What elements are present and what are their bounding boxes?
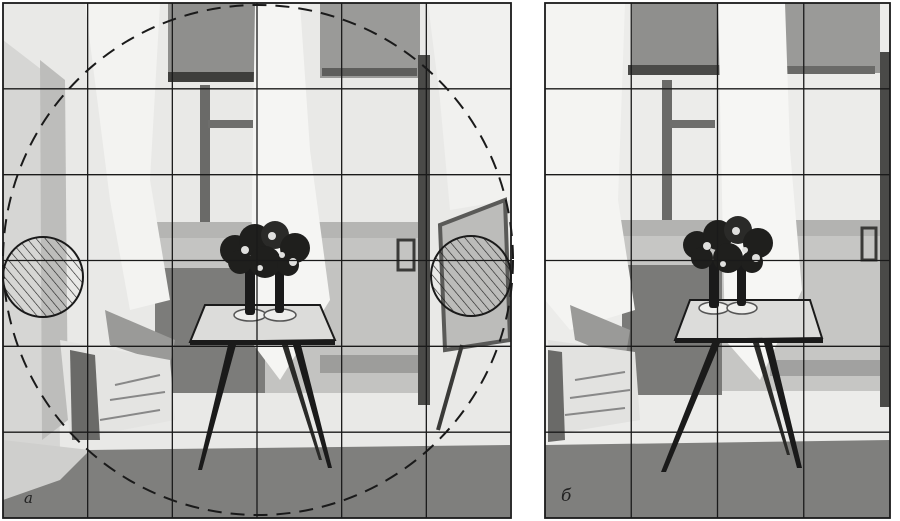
panel-b-label: б: [561, 486, 571, 506]
panel-b-drawing: [540, 0, 900, 521]
panel-b-figure: [540, 0, 900, 521]
left-hatched-circle: [3, 237, 83, 317]
panel-a-drawing: [0, 0, 520, 521]
panel-a-label: а: [24, 489, 33, 507]
right-hatched-circle: [431, 236, 511, 316]
panel-a-figure: [0, 0, 520, 521]
